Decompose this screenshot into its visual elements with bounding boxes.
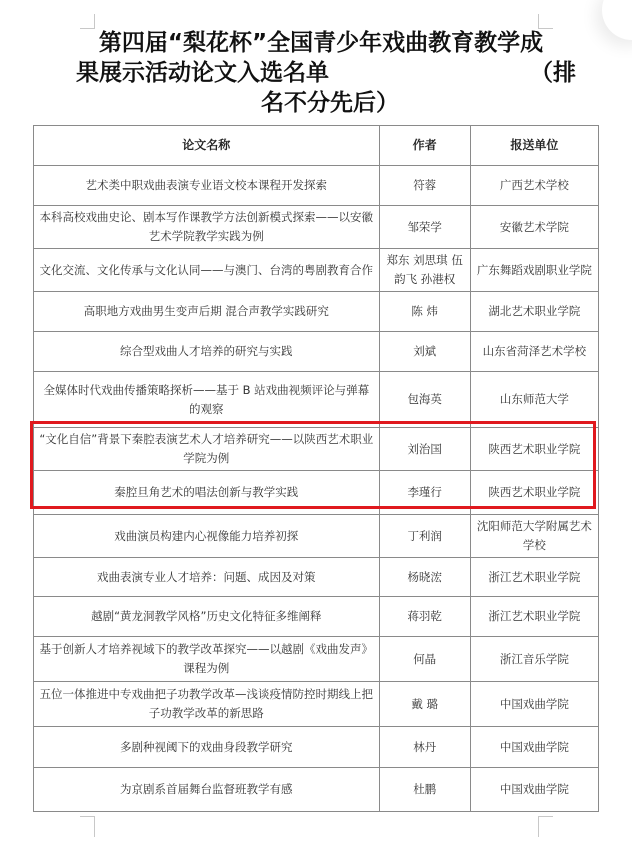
cell-title: 综合型戏曲人才培养的研究与实践 [34,332,380,372]
cell-author: 蒋羽乾 [379,597,470,637]
cell-author: 杨晓浤 [379,558,470,597]
title-line-2: 果展示活动论文入选名单 （排 [36,58,606,88]
table-row: 越剧“黄龙洞教学风格”历史文化特征多维阐释蒋羽乾浙江艺术职业学院 [34,597,599,637]
cell-unit: 山东省菏泽艺术学校 [470,332,598,372]
cell-unit: 陕西艺术职业学院 [470,471,598,515]
page-curl-shadow [602,0,632,40]
document-title: 第四届“梨花杯”全国青少年戏曲教育教学成 果展示活动论文入选名单 （排 名不分先… [36,28,606,118]
cell-title: 高职地方戏曲男生变声后期 混合声教学实践研究 [34,292,380,332]
cell-author: 符蓉 [379,166,470,206]
cell-author: 戴 璐 [379,682,470,727]
table-row: “文化自信”背景下秦腔表演艺术人才培养研究——以陕西艺术职业学院为例刘治国陕西艺… [34,428,599,471]
cell-author: 郑东 刘思琪 伍韵飞 孙港权 [379,249,470,292]
table-row: 戏曲演员构建内心视像能力培养初探丁利润沈阳师范大学附属艺术学校 [34,515,599,558]
cell-unit: 浙江艺术职业学院 [470,597,598,637]
table-row: 为京剧系首届舞台监督班教学有感杜鹏中国戏曲学院 [34,768,599,812]
table-row: 高职地方戏曲男生变声后期 混合声教学实践研究陈 炜湖北艺术职业学院 [34,292,599,332]
cell-unit: 中国戏曲学院 [470,768,598,812]
cell-unit: 安徽艺术学院 [470,206,598,249]
cell-title: 基于创新人才培养视域下的教学改革探究——以越剧《戏曲发声》课程为例 [34,637,380,682]
cell-title: 五位一体推进中专戏曲把子功教学改革—浅谈疫情防控时期线上把子功教学改革的新思路 [34,682,380,727]
cell-title: 多剧种视阈下的戏曲身段教学研究 [34,727,380,768]
title-line-3: 名不分先后） [36,88,606,118]
table-header-row: 论文名称 作者 报送单位 [34,126,599,166]
cell-unit: 浙江艺术职业学院 [470,558,598,597]
title-line-2-left: 果展示活动论文入选名单 [76,58,329,88]
cell-unit: 山东师范大学 [470,372,598,428]
header-submitting-unit: 报送单位 [470,126,598,166]
table-row: 本科高校戏曲史论、剧本写作课教学方法创新模式探索——以安徽艺术学院教学实践为例邹… [34,206,599,249]
cell-author: 陈 炜 [379,292,470,332]
table-row: 多剧种视阈下的戏曲身段教学研究林丹中国戏曲学院 [34,727,599,768]
cell-unit: 广西艺术学校 [470,166,598,206]
paper-list-table: 论文名称 作者 报送单位 艺术类中职戏曲表演专业语文校本课程开发探索符蓉广西艺术… [33,125,599,812]
cell-author: 邹荣学 [379,206,470,249]
cell-author: 刘斌 [379,332,470,372]
table-row: 五位一体推进中专戏曲把子功教学改革—浅谈疫情防控时期线上把子功教学改革的新思路戴… [34,682,599,727]
cell-title: 戏曲表演专业人才培养：问题、成因及对策 [34,558,380,597]
cell-author: 李瑾行 [379,471,470,515]
header-paper-title: 论文名称 [34,126,380,166]
cell-unit: 中国戏曲学院 [470,727,598,768]
cell-unit: 陕西艺术职业学院 [470,428,598,471]
table-row: 全媒体时代戏曲传播策略探析——基于 B 站戏曲视频评论与弹幕的观察包海英山东师范… [34,372,599,428]
page-corner-mark-bottom-right [538,816,553,837]
title-line-1: 第四届“梨花杯”全国青少年戏曲教育教学成 [36,28,606,58]
cell-author: 丁利润 [379,515,470,558]
table-row: 综合型戏曲人才培养的研究与实践刘斌山东省菏泽艺术学校 [34,332,599,372]
header-author: 作者 [379,126,470,166]
cell-unit: 浙江音乐学院 [470,637,598,682]
cell-title: 越剧“黄龙洞教学风格”历史文化特征多维阐释 [34,597,380,637]
table-row: 艺术类中职戏曲表演专业语文校本课程开发探索符蓉广西艺术学校 [34,166,599,206]
cell-title: 戏曲演员构建内心视像能力培养初探 [34,515,380,558]
cell-title: 本科高校戏曲史论、剧本写作课教学方法创新模式探索——以安徽艺术学院教学实践为例 [34,206,380,249]
cell-author: 刘治国 [379,428,470,471]
cell-unit: 中国戏曲学院 [470,682,598,727]
cell-author: 杜鹏 [379,768,470,812]
table-row: 戏曲表演专业人才培养：问题、成因及对策杨晓浤浙江艺术职业学院 [34,558,599,597]
cell-title: 全媒体时代戏曲传播策略探析——基于 B 站戏曲视频评论与弹幕的观察 [34,372,380,428]
page-corner-mark-top-right [538,14,553,29]
cell-unit: 湖北艺术职业学院 [470,292,598,332]
cell-unit: 沈阳师范大学附属艺术学校 [470,515,598,558]
cell-author: 林丹 [379,727,470,768]
cell-title: 为京剧系首届舞台监督班教学有感 [34,768,380,812]
table-row: 秦腔旦角艺术的唱法创新与教学实践李瑾行陕西艺术职业学院 [34,471,599,515]
table-row: 基于创新人才培养视域下的教学改革探究——以越剧《戏曲发声》课程为例何晶浙江音乐学… [34,637,599,682]
title-line-2-right: （排 [530,58,576,88]
cell-title: “文化自信”背景下秦腔表演艺术人才培养研究——以陕西艺术职业学院为例 [34,428,380,471]
cell-unit: 广东舞蹈戏剧职业学院 [470,249,598,292]
cell-title: 秦腔旦角艺术的唱法创新与教学实践 [34,471,380,515]
cell-author: 何晶 [379,637,470,682]
cell-title: 文化交流、文化传承与文化认同——与澳门、台湾的粤剧教育合作 [34,249,380,292]
cell-title: 艺术类中职戏曲表演专业语文校本课程开发探索 [34,166,380,206]
cell-author: 包海英 [379,372,470,428]
page-corner-mark-bottom-left [80,816,95,837]
table-row: 文化交流、文化传承与文化认同——与澳门、台湾的粤剧教育合作郑东 刘思琪 伍韵飞 … [34,249,599,292]
page-corner-mark-top-left [80,14,95,29]
